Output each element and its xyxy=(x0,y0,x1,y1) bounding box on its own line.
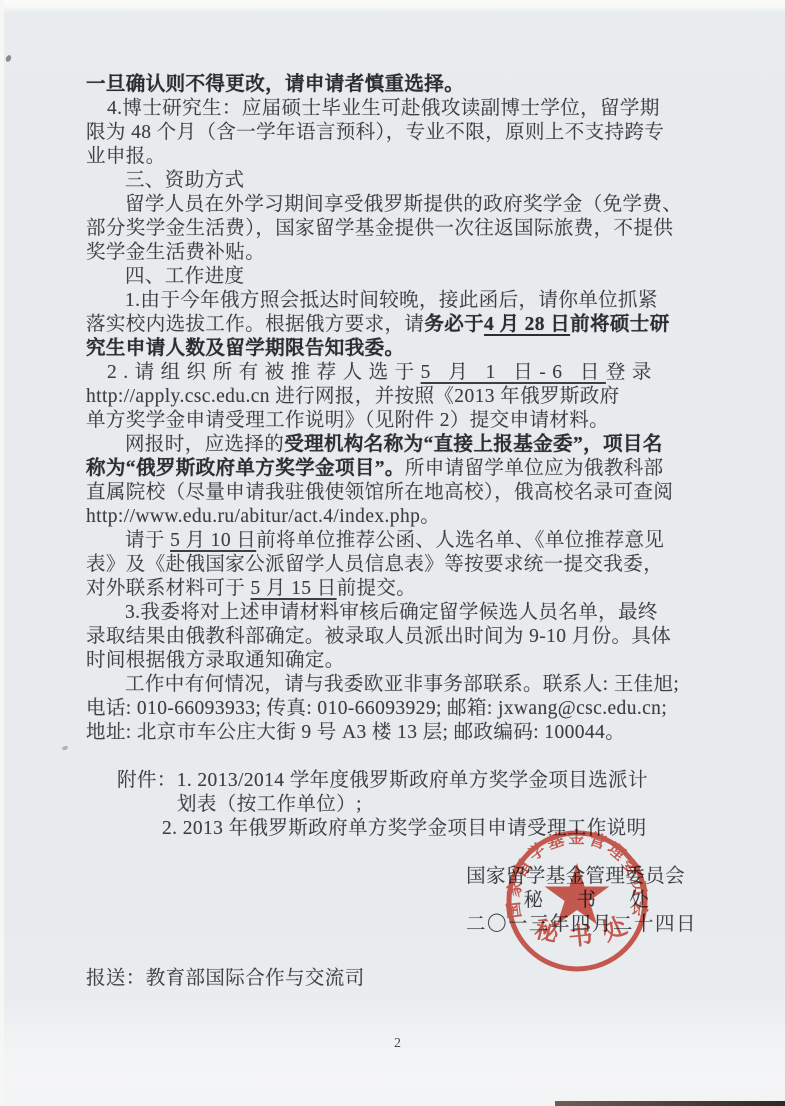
text-line: 时间根据俄方录取通知确定。 xyxy=(86,649,742,673)
text-run: 电话: 010-66093933; 传真: 010-66093929; 邮箱: … xyxy=(86,698,667,719)
text-run: 前提交。 xyxy=(337,578,417,599)
text-line: 究生申请人数及留学期限告知我委。 xyxy=(86,337,742,361)
text-line: http://www.edu.ru/abitur/act.4/index.php… xyxy=(86,505,742,529)
scan-edge-bottom xyxy=(555,1101,785,1106)
text-run: 录取结果由俄教科部确定。被录取人员派出时间为 9-10 月份。具体 xyxy=(86,626,671,647)
scan-edge-left xyxy=(0,0,4,1106)
text-line: 网报时，应选择的受理机构名称为“直接上报基金委”，项目名 xyxy=(125,433,742,457)
signature-block: 国家留学基金管理委员会 秘 书 处 二〇一三年四月二十四日 xyxy=(86,865,742,937)
text-line: 一旦确认则不得更改，请申请者慎重选择。 xyxy=(86,73,742,97)
attachment-item-1-cont: 划表（按工作单位）; xyxy=(177,793,742,817)
text-run: 务必于 xyxy=(424,314,484,335)
text-run: 三、资助方式 xyxy=(125,170,244,191)
text-run: 地址: 北京市车公庄大街 9 号 A3 楼 13 层; 邮政编码: 100044… xyxy=(86,722,625,743)
text-run: 留学人员在外学习期间享受俄罗斯提供的政府奖学金（免学费、 xyxy=(125,194,682,215)
text-line: 直属院校（尽量申请我驻俄使领馆所在地高校），俄高校名录可查阅 xyxy=(86,481,742,505)
text-run: 3.我委将对上述申请材料审核后确定留学候选人员名单，最终 xyxy=(125,602,658,623)
scan-speck xyxy=(5,54,12,62)
text-line: http://apply.csc.edu.cn 进行网报，并按照《2013 年俄… xyxy=(86,385,742,409)
text-line: 三、资助方式 xyxy=(125,169,742,193)
attachment-item-2: 2. 2013 年俄罗斯政府单方奖学金项目申请受理工作说明 xyxy=(162,817,742,841)
document-body: 一旦确认则不得更改，请申请者慎重选择。4.博士研究生：应届硕士毕业生可赴俄攻读副… xyxy=(86,73,742,991)
text-line: 落实校内选拔工作。根据俄方要求，请务必于4 月 28 日前将硕士研 xyxy=(86,313,742,337)
text-run: 4 月 28 日 xyxy=(484,314,570,335)
text-run: 四、工作进度 xyxy=(125,266,244,287)
text-line: 对外联系材料可于 5 月 15 日前提交。 xyxy=(86,577,742,601)
signature-date: 二〇一三年四月二十四日 xyxy=(86,913,742,937)
text-run: 5 月 10 日 xyxy=(170,530,256,551)
text-line: 3.我委将对上述申请材料审核后确定留学候选人员名单，最终 xyxy=(125,601,742,625)
text-line: 部分奖学金生活费），国家留学基金提供一次往返国际旅费，不提供 xyxy=(86,217,742,241)
scanned-document-page: 一旦确认则不得更改，请申请者慎重选择。4.博士研究生：应届硕士毕业生可赴俄攻读副… xyxy=(0,0,785,1106)
text-line: 电话: 010-66093933; 传真: 010-66093929; 邮箱: … xyxy=(86,697,742,721)
text-run: 时间根据俄方录取通知确定。 xyxy=(86,650,345,671)
cc-line: 报送：教育部国际合作与交流司 xyxy=(86,967,742,991)
text-line: 4.博士研究生：应届硕士毕业生可赴俄攻读副博士学位，留学期 xyxy=(107,97,742,121)
text-line: 工作中有何情况，请与我委欧亚非事务部联系。联系人: 王佳旭; xyxy=(125,673,742,697)
text-run: 5 月 15 日 xyxy=(250,578,336,599)
text-line: 限为 48 个月（含一学年语言预科），专业不限，原则上不支持跨专 xyxy=(86,121,742,145)
text-run: 表》及《赴俄国家公派留学人员信息表》等按要求统一提交我委， xyxy=(86,554,663,575)
text-line: 单方奖学金申请受理工作说明》（见附件 2）提交申请材料。 xyxy=(86,409,742,433)
signature-org: 国家留学基金管理委员会 xyxy=(86,865,742,889)
text-run: 5 月 1 日-6 日 xyxy=(421,362,606,383)
text-run: 究生申请人数及留学期限告知我委。 xyxy=(86,338,404,359)
text-run: 网报时，应选择的 xyxy=(125,434,284,455)
text-run: 落实校内选拔工作。根据俄方要求，请 xyxy=(86,314,424,335)
attachment-item-1: 附件：1. 2013/2014 学年度俄罗斯政府单方奖学金项目选派计 xyxy=(117,769,742,793)
text-run: 工作中有何情况，请与我委欧亚非事务部联系。联系人: 王佳旭; xyxy=(125,674,679,695)
text-run: http://www.edu.ru/abitur/act.4/index.php… xyxy=(86,506,440,527)
text-run: http://apply.csc.edu.cn 进行网报，并按照《2013 年俄… xyxy=(86,386,620,407)
text-run: 直属院校（尽量申请我驻俄使领馆所在地高校），俄高校名录可查阅 xyxy=(86,482,673,503)
text-run: 登录 xyxy=(606,362,658,383)
text-line: 称为“俄罗斯政府单方奖学金项目”。所申请留学单位应为俄教科部 xyxy=(86,457,742,481)
text-run: 部分奖学金生活费），国家留学基金提供一次往返国际旅费，不提供 xyxy=(86,218,673,239)
text-line: 1.由于今年俄方照会抵达时间较晚，接此函后，请你单位抓紧 xyxy=(125,289,742,313)
text-run: 奖学金生活费补贴。 xyxy=(86,242,265,263)
scan-speck xyxy=(61,745,68,751)
text-line: 2.请组织所有被推荐人选于5 月 1 日-6 日登录 xyxy=(107,361,742,385)
text-run: 所申请留学单位应为俄教科部 xyxy=(405,458,664,479)
text-run: 4.博士研究生：应届硕士毕业生可赴俄攻读副博士学位，留学期 xyxy=(107,98,660,119)
text-run: 1.由于今年俄方照会抵达时间较晚，接此函后，请你单位抓紧 xyxy=(125,290,658,311)
text-line: 留学人员在外学习期间享受俄罗斯提供的政府奖学金（免学费、 xyxy=(125,193,742,217)
text-run: 一旦确认则不得更改，请申请者慎重选择。 xyxy=(86,74,464,95)
text-run: 受理机构名称为“直接上报基金委”，项目名 xyxy=(284,434,663,455)
text-run: 前将硕士研 xyxy=(570,314,670,335)
text-run: 称为“俄罗斯政府单方奖学金项目”。 xyxy=(86,458,405,479)
page-number: 2 xyxy=(10,1036,785,1052)
text-line: 地址: 北京市车公庄大街 9 号 A3 楼 13 层; 邮政编码: 100044… xyxy=(86,721,742,745)
signature-dept: 秘 书 处 xyxy=(86,889,742,913)
text-line: 奖学金生活费补贴。 xyxy=(86,241,742,265)
text-run: 限为 48 个月（含一学年语言预科），专业不限，原则上不支持跨专 xyxy=(86,122,664,143)
text-run: 请于 xyxy=(125,530,170,551)
text-line: 录取结果由俄教科部确定。被录取人员派出时间为 9-10 月份。具体 xyxy=(86,625,742,649)
text-line: 四、工作进度 xyxy=(125,265,742,289)
text-line: 请于 5 月 10 日前将单位推荐公函、人选名单、《单位推荐意见 xyxy=(125,529,742,553)
text-line: 业申报。 xyxy=(86,145,742,169)
text-run: 单方奖学金申请受理工作说明》（见附件 2）提交申请材料。 xyxy=(86,410,609,431)
text-run: 前将单位推荐公函、人选名单、《单位推荐意见 xyxy=(256,530,664,551)
body-lines: 一旦确认则不得更改，请申请者慎重选择。4.博士研究生：应届硕士毕业生可赴俄攻读副… xyxy=(86,73,742,745)
attachment-list: 附件：1. 2013/2014 学年度俄罗斯政府单方奖学金项目选派计 划表（按工… xyxy=(86,769,742,841)
text-run: 2.请组织所有被推荐人选于 xyxy=(107,362,421,383)
text-run: 对外联系材料可于 xyxy=(86,578,250,599)
text-line: 表》及《赴俄国家公派留学人员信息表》等按要求统一提交我委， xyxy=(86,553,742,577)
text-run: 业申报。 xyxy=(86,146,166,167)
